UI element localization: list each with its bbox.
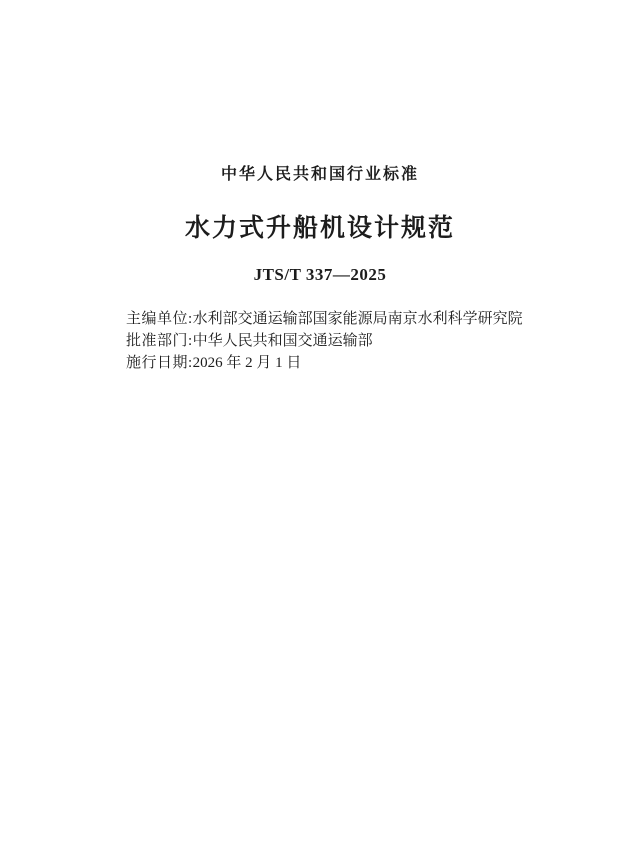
effective-date-label: 施行日期: bbox=[126, 355, 193, 371]
effective-date-value: 2026 年 2 月 1 日 bbox=[193, 355, 302, 371]
approving-department-value: 中华人民共和国交通运输部 bbox=[193, 333, 373, 349]
info-line-chief-editor: 主编单位:水利部交通运输部国家能源局南京水利科学研究院 bbox=[126, 308, 600, 330]
chief-editor-label: 主编单位: bbox=[126, 311, 193, 327]
info-line-effective-date: 施行日期:2026 年 2 月 1 日 bbox=[126, 352, 600, 374]
standard-title: 水力式升船机设计规范 bbox=[0, 208, 640, 244]
publication-info: 主编单位:水利部交通运输部国家能源局南京水利科学研究院 批准部门:中华人民共和国… bbox=[126, 308, 600, 374]
info-line-approving-department: 批准部门:中华人民共和国交通运输部 bbox=[126, 330, 600, 352]
standard-cover-page: 中华人民共和国行业标准 水力式升船机设计规范 JTS/T 337—2025 主编… bbox=[0, 0, 640, 862]
standard-category-heading: 中华人民共和国行业标准 bbox=[0, 161, 640, 184]
standard-number: JTS/T 337—2025 bbox=[0, 265, 640, 285]
approving-department-label: 批准部门: bbox=[126, 333, 193, 349]
chief-editor-value: 水利部交通运输部国家能源局南京水利科学研究院 bbox=[193, 311, 523, 327]
